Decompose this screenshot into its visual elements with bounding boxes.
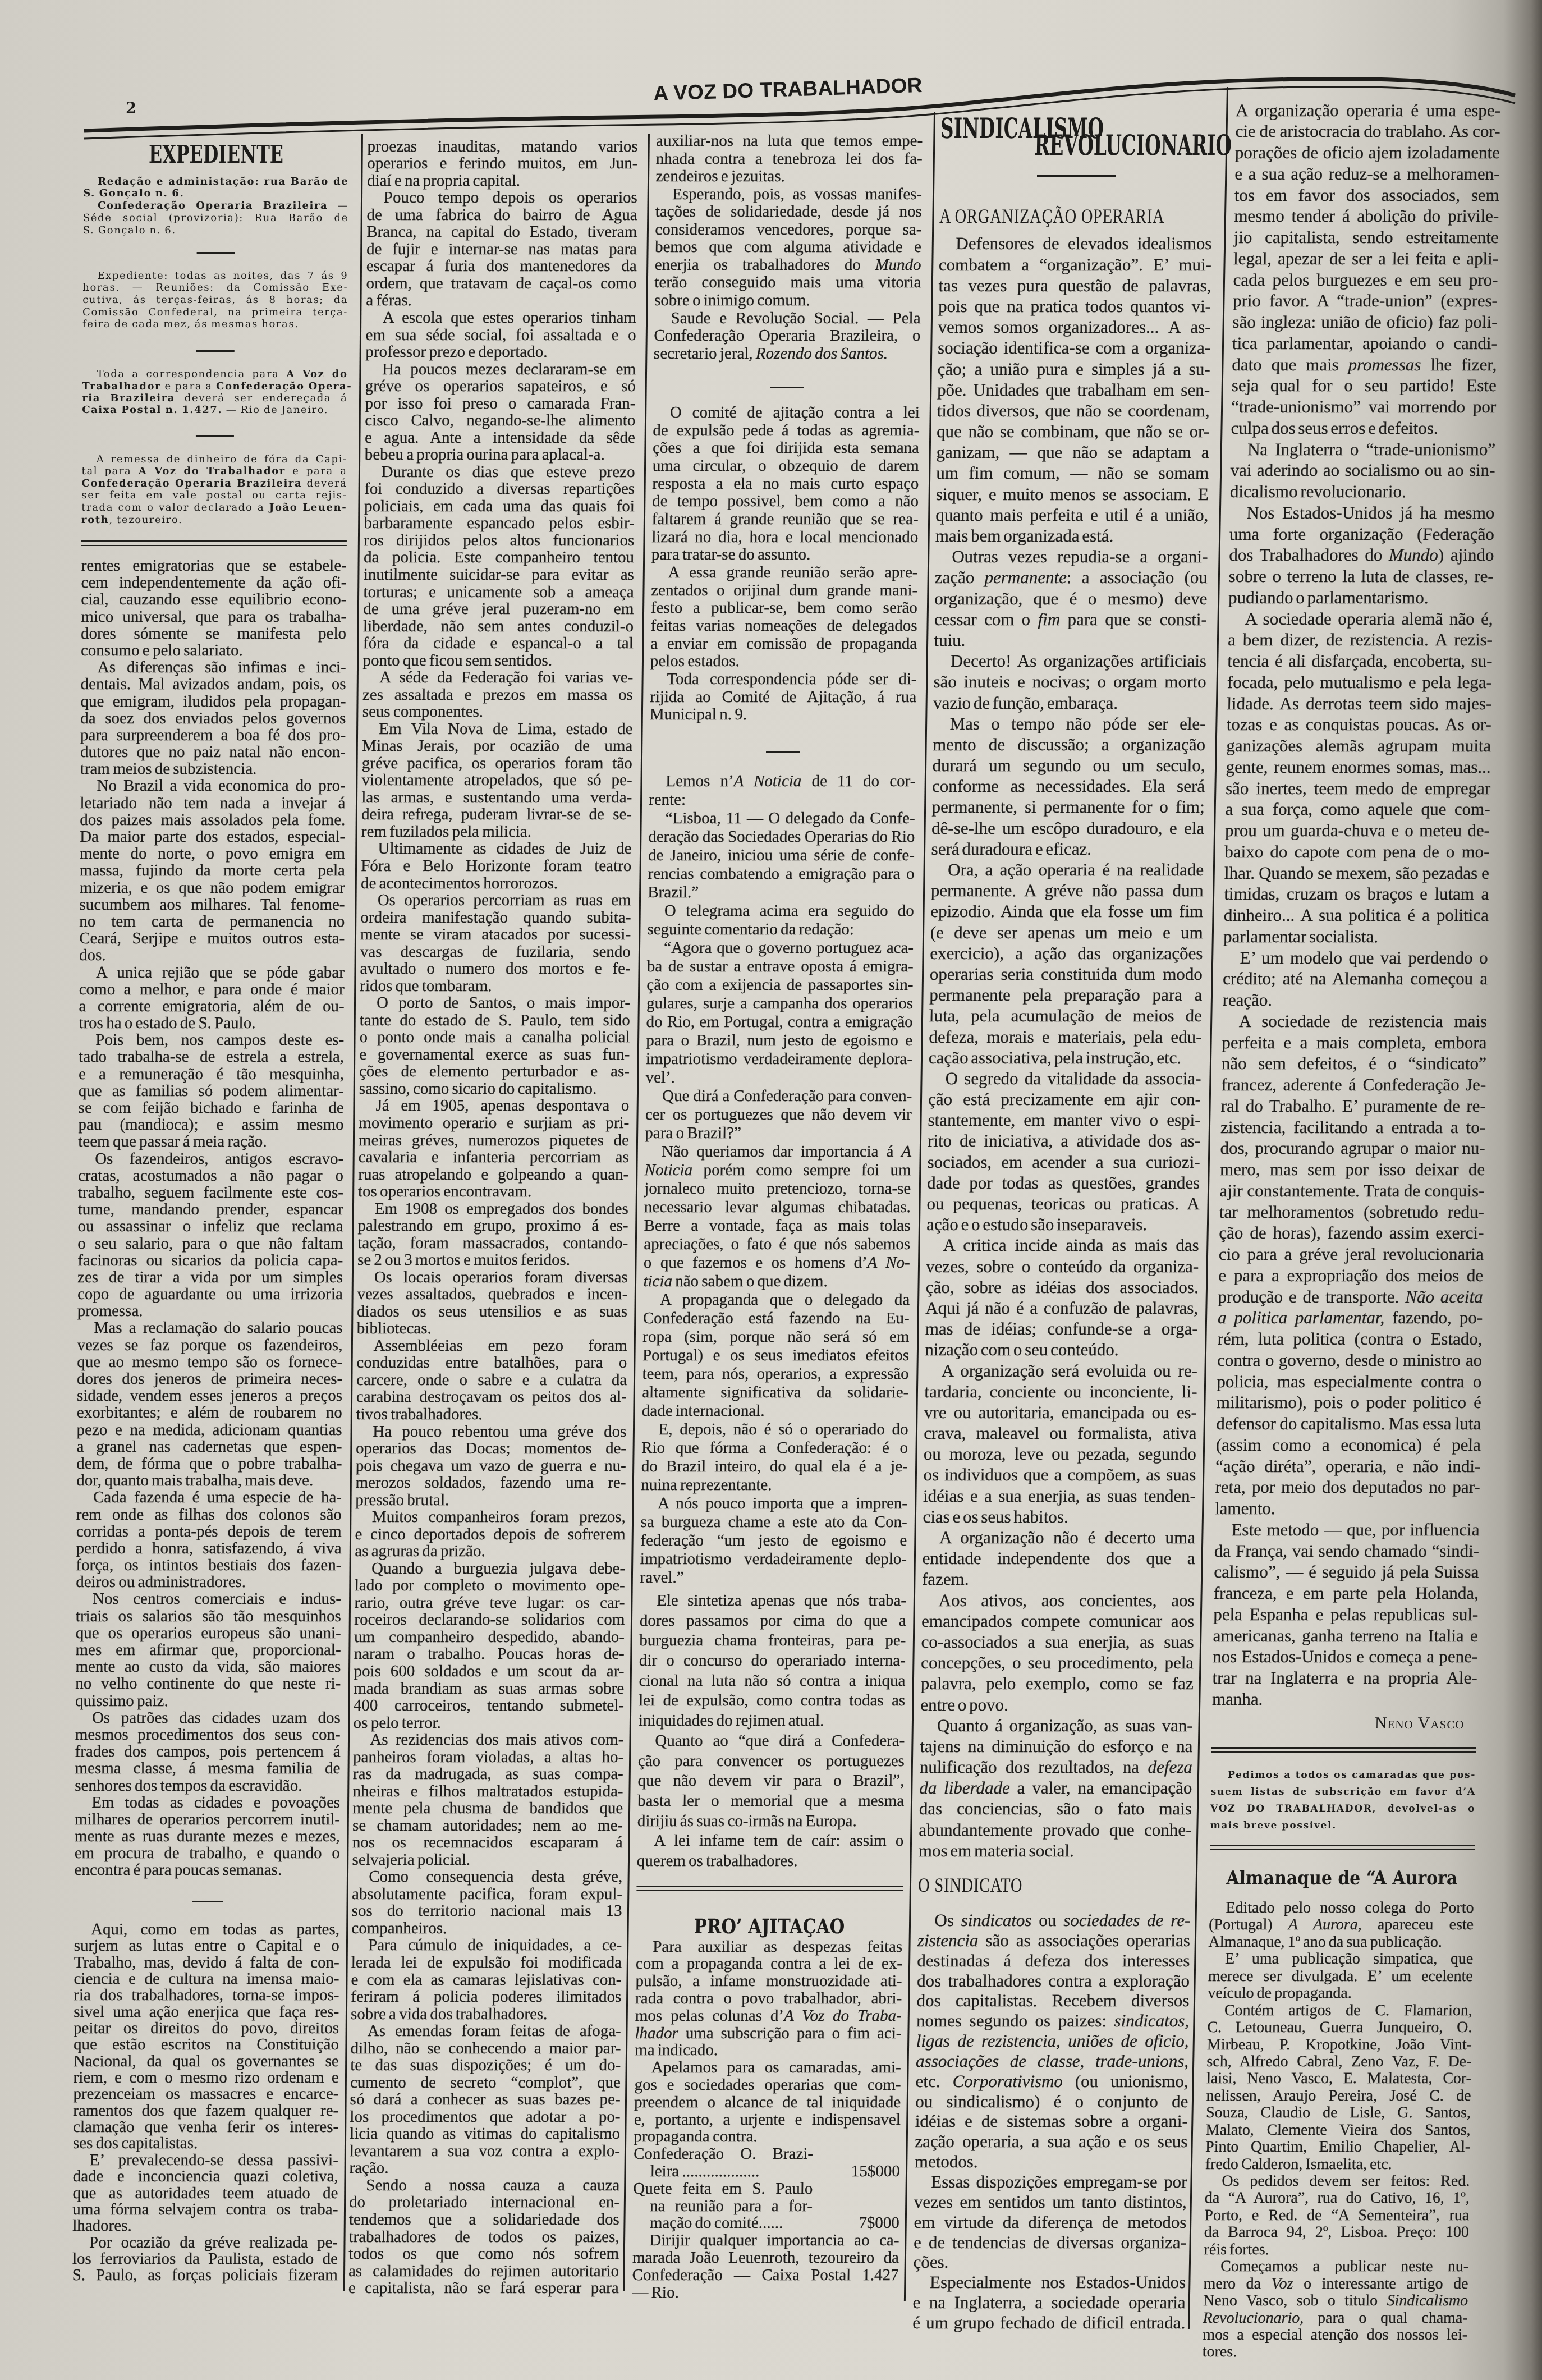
text-line: apreciações, o fato é que nós sabemos [644,1235,910,1254]
paragraph: Essas dispozições empregam-se porvezes e… [913,2172,1187,2272]
text-line: Pois bem, nos campos deste es- [79,1031,344,1048]
bold-text: Redação e administação: rua Barão de [98,176,348,187]
text-line: clamação que venha ferir os interes- [73,2119,338,2135]
text-line: tram meios de subzistencia. [80,760,346,777]
paragraph: Especialmente nos Estados-Unidose na Ing… [912,2272,1186,2333]
text-line: permanente, si permanente for o fim; [931,796,1204,817]
text-line: a sua força, como aquele que com- [1225,799,1490,820]
text-line: Como consequencia desta gréve, [352,1868,622,1886]
text-line: para surpreenderem a boa fé dos pro- [80,727,346,744]
separator-rule [770,387,804,388]
italic-text: zistencia [917,1930,979,1950]
text-line: como a melhor, e para onde é maior [79,981,345,998]
text-line: dir o concurso do operariado interna- [639,1651,906,1671]
text-line: Os sindicatos ou sociedades de re- [917,1910,1190,1930]
text-line: policia, mas especialmente contra o [1217,1371,1482,1392]
text-line: de expulsão pede á todas as agremia- [653,422,919,440]
text-line: torturas; e unicamente sob a ameaça [363,584,634,601]
text-line: dos capitalistas. Recebem diversos [916,1991,1189,2011]
paragraph: Ha poucos mezes declararam-se emgréve os… [365,361,636,464]
text-line: co-associados a sua enerjia, as suas [921,1631,1194,1652]
text-line: ridos que tombaram. [360,978,630,995]
text-line: vezes, sobre o conteúdo da organiza- [926,1256,1199,1277]
text-line: rijida ao Comité de Ajitação, á rua [650,689,916,707]
text-line: bibliotecas. [357,1320,627,1337]
text-line: sos do territorio nacional mais 13 [352,1902,622,1920]
paragraph: O comité de ajitação contra a leide expu… [651,404,920,564]
text-line: ção com a exijencia de passaportes sin- [646,976,913,994]
sindicalismo-article-text: Defensores de elevados idealismoscombate… [919,233,1212,1861]
bold-text: ria Brazileira [82,392,175,404]
text-line: dirijiu ás suas co-irmãs na Europa. [637,1812,904,1832]
text-line: copo de aguardante ou uma irrizoria [77,1286,343,1303]
paragraph: Confederação Operaria Brazileira —Séde s… [83,200,348,236]
text-line: movimento operario e surjiam as pri- [359,1115,629,1132]
text-line: burguezia chama fronteiras, para pe- [639,1631,906,1651]
text-line: propaganda contra. [634,2128,900,2145]
text-line: zes assaltada e prezos em massa os [362,686,633,704]
text-line: basta ler o memorial que a mesma [637,1791,904,1812]
pro-ajitacao-text: Para auxiliar as despezas feitascom a pr… [632,1938,902,2301]
text-line: tal para A Voz do Trabalhador e para a [82,465,347,478]
bold-text: Trabalhador [82,380,161,392]
double-rule [1211,1747,1476,1753]
text-line: lidade. As derrotas teem sido majes- [1227,693,1492,714]
separator-rule [196,350,234,352]
double-rule [636,1886,903,1891]
expediente-heading: EXPEDIENTE [121,140,312,165]
text-line: trar na Inglaterra e na propria Ale- [1212,1667,1477,1689]
paragraph: O telegrama acima era seguido doseguinte… [647,902,914,939]
text-line: A séde da Federação foi varias ve- [362,669,633,686]
text-line: deiros ou administradores. [76,1574,341,1590]
text-line: Branca, na capital do Estado, tiveram [366,223,637,241]
text-line: que as familias só podem alimentar- [79,1083,344,1099]
text-line: nulificação dos rezultados, na defeza [920,1757,1192,1777]
almanaque-text: Editado pelo nosso colega do Porto(Portu… [1203,1900,1474,2361]
paragraph: Outras vezes repudia-se a organi-zação p… [934,546,1208,650]
text-line: Confederação está fazendo na Eu- [643,1309,910,1328]
ledger-amount: 7$000 [859,2214,899,2232]
text-line: os pelo terror. [354,1714,624,1732]
text-run: etc. [916,2071,953,2091]
text-line: tas vezes pura questão de palavras, [938,275,1211,296]
text-line: mero da Voz o interessante artigo de [1203,2276,1468,2292]
text-line: da liberdade a valer, na emancipação [919,1777,1192,1798]
bold-text: Caixa Postal n. 1.427. [82,404,222,416]
text-line: sociados, em acender a sua curiozi- [927,1152,1200,1172]
text-line: Os patrões das cidades uzam dos [75,1709,341,1726]
text-line: encontra é para poucas semanas. [74,1861,339,1878]
text-line: lizará no dia, hora e local mencionado [651,529,918,547]
text-line: defensor do capitalismo. Mas essa luta [1216,1413,1481,1434]
text-line: seguinte comentario da redação: [647,920,914,939]
text-line: a corrente emigratoria, além de ou- [79,998,345,1015]
text-line: Assembléeias em pezo foram [357,1337,627,1355]
paragraph: “Lisboa, 11 — O delegado da Confe-deraçã… [648,809,915,902]
text-line: se com feijão bichado e farinha de [79,1099,344,1116]
text-run: de 11 do cor- [801,772,915,790]
text-line: te das suas dispozições; é um do- [350,2057,621,2074]
text-line: franceza, e em parte pela Holanda, [1214,1583,1479,1604]
text-run: porém como sempre foi um [692,1161,911,1179]
column-4: SINDICALISMO REVOLUCIONARIO A ORGANIZAÇÃ… [912,0,1215,2380]
text-line: A lei infame tem de caír: assim o [637,1831,903,1851]
text-line: Noticia porém como sempre foi um [645,1161,911,1180]
paragraph: Não queriamos dar importancia á ANoticia… [643,1143,911,1291]
text-line: sidade, vendem esses jeneros a preços [77,1387,342,1404]
text-run: mero da [1203,2275,1272,2292]
text-line: ções de elemento perturbador e as- [359,1063,630,1080]
column-3: auxiliar-nos na luta que temos empe-nhad… [631,0,924,2380]
text-line: Não queriamos dar importancia á A [645,1143,911,1161]
text-line: operarias seria constituida dum modo [930,964,1203,984]
text-line: Minas Jerais, por ocazião de uma [362,737,632,755]
text-line: que as autoridades teem atuado de [72,2185,338,2202]
double-rule [1210,1845,1475,1850]
text-line: siquer, e muito menos se associam. E [936,484,1209,505]
text-line: trada com o valor declarado a João Leuen… [81,502,347,514]
text-line: nos Estados-Unidos e começa a pene- [1213,1646,1478,1667]
italic-text: Noticia [645,1161,693,1179]
text-line: Ele sintetiza apenas que nós traba- [640,1591,906,1611]
text-line: Ha pouco rebentou uma gréve dos [356,1423,626,1441]
text-line: fazem. [922,1569,1195,1589]
text-line: carabina destroçavam os peitos dos al- [356,1388,627,1406]
text-line: consideramos vencedores, porque sa- [655,221,921,239]
text-line: tivos trabalhadores. [356,1406,626,1423]
text-line: Confederação Operaria Brazileira, o [654,327,920,345]
text-line: secretario jeral, Rozendo dos Santos. [654,345,920,363]
text-line: auxiliar-nos na luta que temos empe- [656,132,923,150]
text-line: um fim comum, — não se somam [936,462,1209,483]
paragraph: “Agora que o governo portuguez aca-ba de… [645,939,914,1087]
text-line: em virtude da diferença de metodos [914,2212,1186,2232]
text-line: cumento de secreto “complot”, que [350,2074,621,2092]
text-line: S. Gonçalo n. 6. [83,224,348,237]
newspaper-page: 2 A VOZ DO TRABALHADOR EXPEDIENTE Redaçã… [0,0,1542,2380]
text-line: As emendas foram feitas de afoga- [351,2023,621,2040]
text-line: as calamidades do rejimen autoritario [348,2263,619,2280]
text-line: conduzidas entre batalhões, para o [356,1354,627,1372]
paragraph: A escola que estes operarios tinhamem su… [365,309,636,361]
text-line: Os fazendeiros, antigos escravo- [78,1150,343,1167]
text-line: Em Vila Nova de Lima, estado de [362,721,632,738]
text-line: sch, Alfredo Cabral, Zeno Vaz, F. De- [1206,2053,1471,2070]
text-line: tica parlamentar, apoiando o candi- [1232,333,1498,354]
emigration-article-text: rentes emigratorias que se estabele-cem … [74,557,346,1879]
paragraph: O porto de Santos, o mais impor-tante do… [359,994,631,1097]
text-line: iniquidades do rejimen atual. [639,1711,905,1731]
italic-text: promessas [1348,355,1421,374]
bold-text: VOZ DO TRABALHADOR [1210,1803,1373,1814]
text-line: zistencia são as associações operarias [917,1930,1190,1951]
italic-text: A Voz do Traba- [784,2007,902,2025]
text-line: mação do comité...... [650,2214,813,2232]
text-line: ordeira manifestação quando subita- [360,909,631,927]
text-line: pelos estados. [650,653,917,671]
text-line: vai aderindo ao socialismo ou ao sin- [1230,460,1495,481]
text-line: Souza, Claudio de Lisle, G. Santos, [1206,2104,1471,2121]
text-line: cisco Calvo, negando-se-lhe alimento [365,412,635,429]
text-line: selvajeria policial. [352,1851,622,1869]
text-line: epizodio. Ainda que ela fosse um fim [930,901,1203,921]
text-line: que estão escritos na Constituição [74,2037,339,2053]
text-line: panheiros foram violadas, a altas ho- [353,1749,623,1766]
text-line: A organização será evoluida ou re- [925,1360,1197,1381]
text-line: escapar á furia dos mantenedores da [366,258,637,275]
text-line: Quanto á organização, as suas van- [920,1715,1193,1736]
text-line: O telegrama acima era seguido do [648,902,914,920]
text-line: los procedimentos que adotar a po- [350,2108,620,2126]
text-line: mesma classe, á mesma familia de [75,1760,340,1777]
text-line: são inertes, teem medo de empregar [1226,778,1491,799]
text-line: stantemente, em manter vivo o espi- [928,1109,1200,1130]
text-line: da policia. Este companheiro tentou [364,549,634,566]
text-line: ção de horas), fazendo assim exerci- [1219,1222,1484,1244]
italic-text: Mundo [875,256,921,274]
text-line: tardaria, conciente ou inconciente, li- [924,1381,1197,1402]
text-line: levantarem a sua voz contra a explo- [350,2143,620,2160]
paragraph: A organização operaria é uma espe-cie de… [1231,100,1500,439]
text-line: uma circular, o obzequio de darem [653,457,919,475]
text-line: faltarem á grande reunião que se rea- [651,511,918,529]
text-line: ramentos dos que fazem qualquer re- [73,2103,338,2119]
repression-article-text: proezas inauditas, matando variosoperari… [348,138,638,2297]
text-line: Em 1908 os empregados dos bondes [358,1200,628,1218]
text-line: cação associativa, pela instrução, etc. [929,1047,1201,1068]
text-run: , devolvel-as o [1372,1803,1475,1814]
text-line: dem, de fórma que o pobre trabalha- [76,1455,342,1472]
text-run: o que fazemos e os homens d’ [644,1254,868,1272]
text-line: mente se viram atacados por sucessi- [360,926,631,943]
text-line: não sem defeitos, é o “sindicato” [1222,1053,1487,1074]
text-line: lei de expulsão, como contra todas as [639,1691,905,1711]
text-line: para tratar-se do assunto. [651,546,918,564]
text-line: laisi, Neno Vasco, E. Malatesta, Cor- [1206,2070,1471,2087]
text-line: trabalho, seguem facilmente este cos- [78,1184,343,1201]
text-line: cratas, acostumados a não pagar o [78,1167,343,1184]
text-line: porações de oficio ajem izoladamente [1235,142,1500,163]
text-line: Ceará, Serjipe e muitos outros esta- [79,930,345,947]
italic-text: associações de classe, trade-unions, [916,2051,1188,2071]
text-line: ba de sustar a entrave oposta á emigra- [647,957,914,976]
text-line: das conciencias, são o fato mais [919,1798,1192,1819]
text-line: vezes em sentidos um tanto distintos, [914,2192,1187,2212]
text-line: cavalaria e infanteria percorriam as [359,1149,629,1166]
italic-text: Rozendo dos Santos. [756,345,888,363]
text-line: organização, que é o mesmo) deve [934,588,1207,609]
paragraph: O segredo da vitalidade da associa-ção e… [926,1068,1201,1235]
text-line: ticia não sabem o que dizem. [643,1272,910,1291]
paragraph: No Brazil a vida economica do pro-letari… [79,777,346,964]
text-line: tos operarios encontravam. [358,1183,628,1200]
text-line: da “A Aurora”, rua do Cativo, 16, 1º, [1205,2190,1470,2207]
text-line: zes de tirar a vida por um simples [77,1269,343,1286]
text-line: vre ou autoritaria, emancipada ou es- [924,1402,1197,1423]
text-line: mizeria, e os que não podem emigrar [80,879,345,896]
paragraph: Saude e Revolução Social. — PelaConfeder… [654,310,921,363]
text-line: militarismo), pois o poder politico é [1217,1392,1482,1413]
text-line: que emigram, iludidos pela propagan- [80,693,346,710]
text-line: produção e de transporte. Não aceita [1218,1286,1483,1308]
text-line: o que fazemos e os homens d’A No- [644,1254,910,1272]
text-line: Quete feita em S. Paulo [633,2180,813,2198]
text-line: Porto, e Red. de “A Sementeira”, rua [1204,2207,1469,2224]
text-line: pezo e na medida, adicionam quantias [77,1421,342,1438]
text-line: Editado pelo nosso colega do Porto [1209,1900,1474,1916]
italic-text: a politica parlamentar, [1218,1308,1385,1327]
text-line: S. Paulo, as forças policiais fizeram [72,2267,338,2283]
text-line: mas de idéias; confunde-se a orga- [925,1318,1198,1339]
text-run: deverá [302,478,347,489]
text-line: prezenceiam os massacres e encarce- [73,2086,338,2102]
text-line: Expediente: todas as noites, das 7 ás 9 [82,270,348,282]
text-line: Redação e administação: rua Barão de [83,176,348,188]
text-line: A sociedade operaria alemã não é, [1228,608,1493,630]
text-line: sassino, como sicario do capitalismo. [359,1080,630,1098]
text-line: ses dos capitalistas. [73,2135,338,2152]
text-line: que não se combinam, que não se or- [937,421,1209,442]
text-line: todos os que como nós sofrem [348,2245,619,2263]
text-line: tar melhoramentos (sobretudo redu- [1219,1202,1485,1223]
text-line: só dará a conhecer as suas bazes pe- [350,2091,621,2108]
text-line: Dirijir qualquer importancia ao ca- [632,2232,899,2249]
text-line: gos e sociedades operarias que com- [634,2076,901,2094]
text-line: meiras gréves, numerozos piquetes de [359,1132,629,1149]
paragraph: A organização não é decerto umaentidade … [922,1527,1195,1590]
text-line: idéias e a sua enerjia, as suas tenden- [923,1485,1196,1506]
text-line: de uma gréve jeral puzeram-no em [363,600,634,618]
paragraph: Decerto! As organizações artificiaissão … [933,650,1206,713]
text-line: pela Espanha e pelas republicas sul- [1213,1604,1479,1625]
text-line: operarios e ferindo muitos, em Jun- [367,155,637,172]
text-line: — Rio. [632,2284,898,2301]
text-line: cada pelos burguezes e em seu pro- [1233,269,1498,291]
text-line: do Rio, em Portugal, contra a emigração [646,1013,912,1031]
text-line: Nos Estados-Unidos já ha mesmo [1229,502,1495,524]
text-line: gente, reunem enormes somas, mas... [1226,756,1491,778]
text-line: lado por completo o movimento ope- [355,1577,625,1594]
paragraph: Sendo a nossa cauza a cauzado proletaria… [348,2177,620,2297]
text-line: cio para a gréve jeral revolucionaria [1219,1244,1484,1265]
text-line: Berre a vontade, faça as mais tolas [644,1217,910,1235]
italic-text: lhador [635,2024,678,2042]
text-line: ros dirijidos pelos altos funcionarios [364,532,634,549]
text-line: permanente pela preparação para a [929,984,1202,1005]
paragraph: Por ocazião da gréve realizada pe-los fe… [72,2235,338,2284]
text-line: A critica incide ainda as mais das [926,1235,1199,1255]
repression-article-text: auxiliar-nos na luta que temos empe-nhad… [654,132,923,363]
text-line: prou um guarda-chuva e o meteu de- [1225,820,1490,841]
text-line: No Brazil a vida economica do pro- [80,777,346,794]
text-line: conforme as necessidades. Ela será [932,776,1205,796]
text-line: que ao mesmo tempo são os fornece- [77,1354,342,1370]
text-line: tidos diversos, que não se coordenam, [937,400,1209,421]
text-line: mero, mas sem por isso deixar de [1220,1159,1485,1180]
text-line: Rio que fórma a Confederação: é o [641,1439,908,1457]
text-run: são as associações operarias [978,1930,1190,1950]
text-line: quissimo paiz. [75,1693,341,1709]
text-line: Confederação — Caixa Postal 1.427 [632,2267,899,2284]
text-line: e de tendencias de diversas organiza- [914,2232,1186,2253]
paragraph: Os sindicatos ou sociedades de re-zisten… [915,1910,1191,2172]
text-line: letariado não tem nada a invejar á [80,795,345,811]
text-line: dilho, não se conhecendo a maior par- [350,2040,621,2057]
text-line: perdido a honra, satisfazendo, á viva [76,1540,341,1557]
text-line: mes em afirmar que, proporcional- [76,1641,341,1658]
text-line: consumo e pelo salariato. [81,642,346,659]
text-line: Fóra e Belo Horizonte foram teatro [361,857,631,875]
separator-rule [766,751,800,753]
text-line: lhadores. [72,2218,338,2234]
text-line: seus componentes. [362,703,633,721]
paragraph: Toda a correspondencia para A Voz doTrab… [82,368,347,416]
italic-text: Mundo [1389,545,1438,565]
text-run: , para o qual chama- [1300,2309,1468,2327]
text-line: defeza, morais e materiais, pela edu- [929,1026,1201,1047]
text-line: promessa. [77,1303,343,1319]
text-line: sociação identifica-se com a organiza- [938,337,1210,358]
text-line: facinoras ou sicarios da policia capa- [77,1252,343,1269]
paragraph: Aqui, como em todas as partes,surjem as … [73,1922,339,2152]
text-run: cessar com o [934,609,1038,629]
text-line: que os operarios europeus são unani- [76,1625,341,1641]
text-line: rencias combatendo a emigração para o [648,865,914,883]
text-line: professor prezo e deportado. [365,343,636,361]
text-line: gréve os operarios sapateiros, e só [365,378,636,395]
paragraph: Pouco tempo depois os operariosde uma fa… [366,189,637,309]
text-line: são ingleza: união de oficio) faz poli- [1232,311,1498,333]
text-line: A propaganda que o delegado da [643,1291,910,1309]
text-line: mos a especial atenção dos nossos lei- [1203,2327,1467,2344]
text-line: dos. [79,947,345,964]
text-line: Pouco tempo depois os operarios [367,189,637,207]
paragraph: Editado pelo nosso colega do Porto(Portu… [1208,1900,1474,1951]
text-line: força, os intintos bestiais dos fazen- [76,1557,341,1574]
text-line: rentes emigratorias que se estabele- [81,557,347,574]
text-line: Na Inglaterra o “trade-unionismo” [1231,439,1496,460]
text-line: Trabalho, mas, devido á falta de con- [74,1955,339,1971]
text-line: sobre o terreno la luta de classes, re- [1228,566,1494,587]
text-line: impatriotismo verdadeiramente deplora- [646,1050,912,1069]
text-line: Confederação Operaria Brazileira — [83,200,348,212]
text-run: Não queriamos dar importancia á [662,1143,902,1161]
text-line: ajir constantemente. Trata de conquis- [1219,1180,1485,1202]
text-line: perfeita e a mais completa, embora [1222,1032,1487,1053]
text-line: manha. [1212,1689,1477,1710]
text-line: se 2 ou 3 mortos e muitos feridos. [357,1251,628,1269]
text-line: dores dos jeneros de primeira neces- [77,1370,342,1387]
italic-text: da liberdade [919,1778,1010,1797]
section-heading-sindicato: O SINDICATO [918,1873,1133,1897]
text-line: feriram á policia poderes ilimitados [351,1988,621,2006]
text-line: Portugal) e os seus imediatos efeitos [642,1346,909,1365]
text-line: ropa (sim, porque não será só em [642,1328,909,1346]
text-run: deverá ser endereçada á [175,392,347,404]
paragraph: A essa grande reunião serão apre-zentado… [650,564,918,671]
text-line: de fujir e internar-se nas matas para [366,241,637,258]
text-run: , tezoureiro. [109,514,182,526]
text-line: “trade-unionismo” vai morrendo por [1231,396,1497,418]
text-line: senhores dos tempos da escravidão. [75,1777,340,1794]
text-line: no velho continente do que neste ri- [75,1675,341,1692]
text-line: rada contra o povo trabalhador, abri- [635,1990,902,2007]
text-line: fóra da cidade e espancal-o a tal [363,635,634,652]
text-line: tante do estado de S. Paulo, tem sido [360,1012,630,1029]
text-line: a politica parlamentar, fazendo, po- [1218,1307,1483,1328]
subscription-notice: Pedimos a todos os camaradas que pos-sue… [1210,1767,1476,1834]
